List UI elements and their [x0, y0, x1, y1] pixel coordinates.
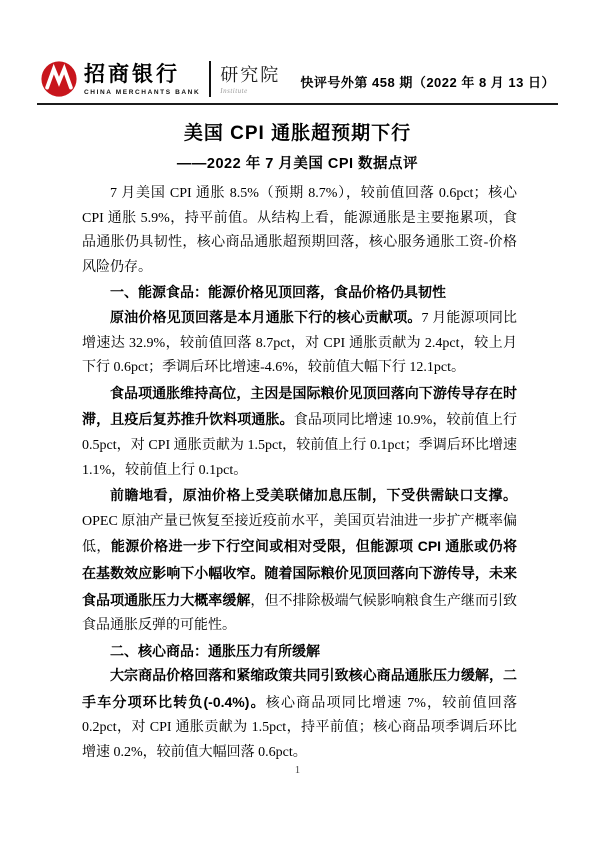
report-header: 招商银行 CHINA MERCHANTS BANK 研究院 Institute … [0, 0, 595, 98]
outlook-paragraph: 前瞻地看，原油价格上受美联储加息压制，下受供需缺口支撑。OPEC 原油产量已恢复… [82, 483, 517, 639]
bank-name-en: CHINA MERCHANTS BANK [84, 89, 200, 96]
division-block: 研究院 Institute [220, 64, 280, 95]
page-footer: 1 [0, 765, 595, 776]
bank-name: 招商银行 [84, 63, 200, 87]
logo-divider [209, 61, 211, 97]
cmb-logo-icon [40, 60, 78, 98]
division-name-en: Institute [220, 87, 280, 95]
section-1-heading: 一、能源食品：能源价格见顶回落，食品价格仍具韧性 [82, 280, 517, 305]
report-page: 招商银行 CHINA MERCHANTS BANK 研究院 Institute … [0, 0, 595, 842]
issue-info: 快评号外第 458 期（2022 年 8 月 13 日） [300, 68, 555, 91]
text-run-bold: 前瞻地看，原油价格上受美联储加息压制，下受供需缺口支撑。 [110, 487, 517, 503]
page-number: 1 [295, 765, 300, 776]
core-goods-paragraph: 大宗商品价格回落和紧缩政策共同引致核心商品通胀压力缓解，二手车分项环比转负(-0… [82, 663, 517, 765]
food-paragraph: 食品项通胀维持高位，主因是国际粮价见顶回落向下游传导存在时滞，且疫后复苏推升饮料… [82, 381, 517, 483]
page-subtitle: ——2022 年 7 月美国 CPI 数据点评 [0, 154, 595, 174]
bank-logo: 招商银行 CHINA MERCHANTS BANK 研究院 Institute [40, 60, 280, 98]
page-title: 美国 CPI 通胀超预期下行 [0, 122, 595, 146]
report-body: 7 月美国 CPI 通胀 8.5%（预期 8.7%），较前值回落 0.6pct；… [82, 182, 517, 766]
text-run-bold: 原油价格见顶回落是本月通胀下行的核心贡献项。 [110, 309, 422, 325]
section-2-heading: 二、核心商品：通胀压力有所缓解 [82, 639, 517, 664]
header-rule [37, 103, 558, 105]
text-run: 7 月美国 CPI 通胀 8.5%（预期 8.7%），较前值回落 0.6pct；… [82, 186, 517, 275]
energy-paragraph: 原油价格见顶回落是本月通胀下行的核心贡献项。7 月能源项同比增速达 32.9%，… [82, 305, 517, 381]
division-name: 研究院 [220, 64, 280, 86]
intro-paragraph: 7 月美国 CPI 通胀 8.5%（预期 8.7%），较前值回落 0.6pct；… [82, 182, 517, 280]
bank-name-block: 招商银行 CHINA MERCHANTS BANK [84, 63, 200, 96]
